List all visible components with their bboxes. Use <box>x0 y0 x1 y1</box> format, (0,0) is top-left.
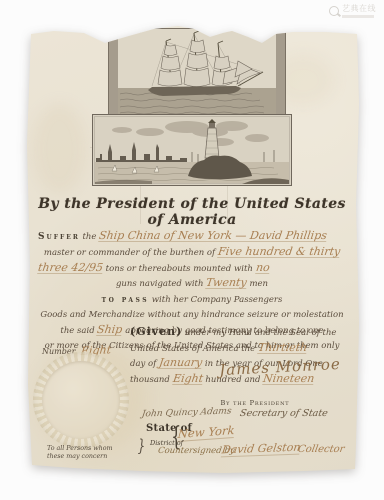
text-segment-print: men <box>247 279 268 289</box>
text-segment-print: tons or thereabouts mounted with <box>103 264 256 274</box>
concern-note-line: To all Persons whom <box>47 445 143 453</box>
photo-background: 艺典在线 <box>0 0 384 500</box>
paper-stain <box>32 104 87 194</box>
document-text-line: United States of America the Thirtieth <box>130 340 356 356</box>
watermark-subtext <box>342 15 374 18</box>
text-segment-print: with her Company Passengers <box>149 295 282 305</box>
text-segment-print: guns navigated with <box>116 279 206 289</box>
ship-passport-document: By the President of the United States of… <box>24 24 360 474</box>
secretary-line: John Quincy Adams Secretary of State <box>142 408 328 419</box>
by-the-president-label: By the President <box>205 399 305 407</box>
sailing-ship-engraving <box>108 28 286 118</box>
document-photo: By the President of the United States of… <box>24 24 360 474</box>
text-segment-print: day of <box>130 359 159 369</box>
auction-watermark: 艺典在线 <box>329 4 381 22</box>
text-segment-hand: Thirtieth <box>257 342 308 354</box>
text-segment-hand: January <box>158 357 203 369</box>
text-segment-given: (Given) <box>130 325 182 338</box>
document-text-line: (Given) under my Hand and the Seal of th… <box>130 324 356 340</box>
state-value: New York <box>177 423 235 442</box>
state-district-block: State of { New York District of Counters… <box>144 421 356 465</box>
document-text-line: master or commander of the burthen of Fi… <box>38 244 346 260</box>
text-segment-hand: Five hundred & thirty <box>217 246 341 258</box>
collector-signature: David Gelston <box>221 441 302 458</box>
embossed-paper-seal <box>33 352 129 448</box>
text-segment-hand: Ship China of New York — David Phillips <box>98 230 327 242</box>
text-segment-print: United States of America the <box>130 344 258 354</box>
text-segment-caps: to pass <box>102 295 149 305</box>
text-segment-hand: Eight <box>172 373 204 385</box>
magnifier-icon <box>329 6 339 16</box>
text-segment-print: master or commander of the burthen of <box>44 248 218 258</box>
text-segment-label: Suffer <box>38 232 80 242</box>
text-segment-print: the <box>80 232 99 242</box>
collector-title: Collector <box>297 444 345 455</box>
text-segment-hand: three 42/95 <box>37 262 104 274</box>
concern-note: To all Persons whom these may concern } <box>47 445 143 460</box>
text-segment-print: under my Hand and the Seal of the <box>182 328 336 338</box>
text-segment-hand: no <box>255 262 270 274</box>
text-segment-print: thousand <box>130 375 173 385</box>
text-segment-hand: Twenty <box>205 277 247 289</box>
concern-note-line: these may concern <box>47 453 143 461</box>
document-title: By the President of the United States of… <box>32 196 352 228</box>
text-segment-print: Goods and Merchandize without any hindra… <box>40 310 343 320</box>
document-text-line: to pass with her Company Passengers <box>38 291 346 307</box>
document-text-line: Goods and Merchandize without any hindra… <box>38 306 346 322</box>
secretary-signature: John Quincy Adams <box>141 406 232 420</box>
document-text-line: Suffer the Ship China of New York — Davi… <box>38 227 346 244</box>
document-text-line: guns navigated with Twenty men <box>38 275 346 291</box>
document-text-line: three 42/95 tons or thereabouts mounted … <box>38 260 346 276</box>
text-segment-print: the said <box>60 326 97 336</box>
secretary-title: Secretary of State <box>239 408 329 419</box>
text-segment-hand: Ship <box>97 324 124 336</box>
watermark-text: 艺典在线 <box>342 4 376 13</box>
harbor-lighthouse-engraving <box>92 114 292 186</box>
